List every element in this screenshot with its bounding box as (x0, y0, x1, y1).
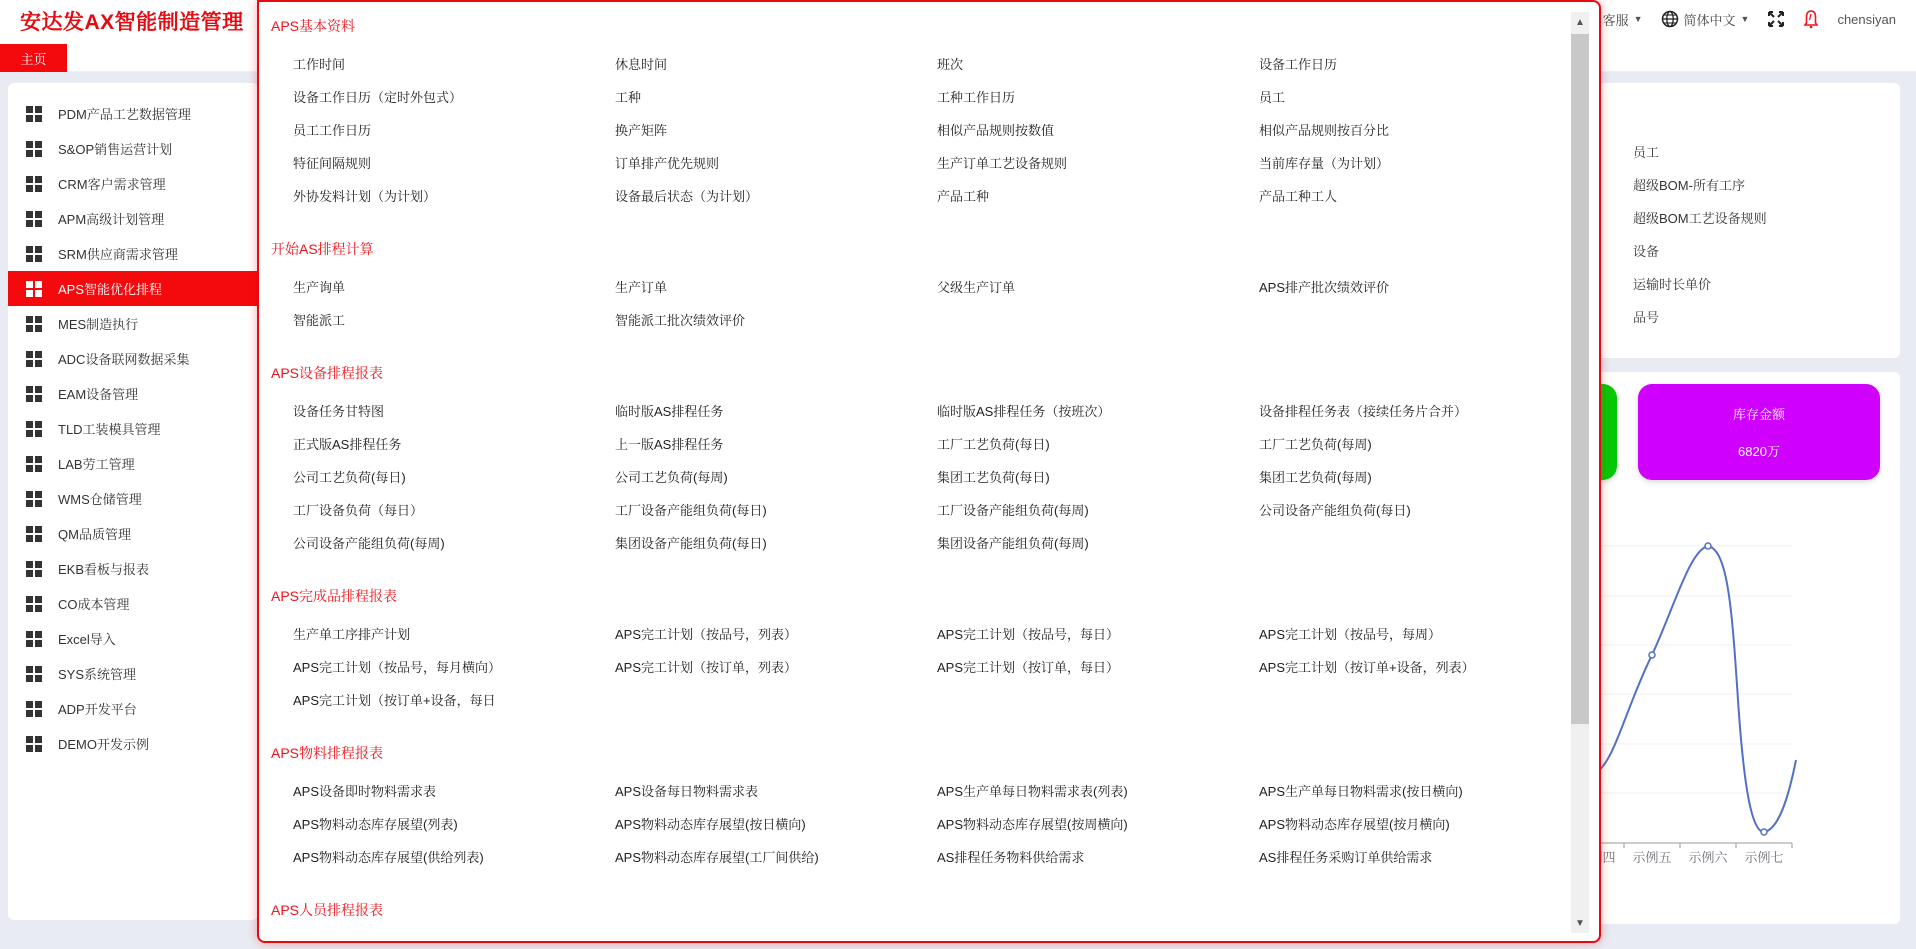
menu-item[interactable]: 工种工作日历 (937, 87, 1015, 106)
x-tick-label: 示例七 (1744, 850, 1783, 865)
menu-item[interactable]: APS生产单每日物料需求(按日横向) (1259, 781, 1463, 800)
menu-item[interactable]: 员工工作日历 (293, 120, 371, 139)
menu-section-title: APS完成品排程报表 (271, 586, 397, 606)
menu-item[interactable]: APS物料动态库存展望(列表) (293, 814, 458, 833)
grid-icon (26, 246, 42, 262)
grid-icon (26, 421, 42, 437)
menu-item[interactable]: 工厂工艺负荷(每周) (1259, 434, 1372, 453)
aps-mega-menu: APS基本资料工作时间休息时间班次设备工作日历设备工作日历（定时外包式）工种工种… (257, 0, 1601, 943)
sidebar-item-adp[interactable]: ADP开发平台 (8, 691, 258, 726)
menu-item[interactable]: 休息时间 (615, 54, 667, 73)
menu-item[interactable]: 生产询单 (293, 277, 345, 296)
stat-label: 库存金额 (1733, 404, 1785, 423)
sidebar-item-ekb[interactable]: EKB看板与报表 (8, 551, 258, 586)
sidebar-item-label: CO成本管理 (58, 594, 130, 613)
menu-item[interactable]: 上一版AS排程任务 (615, 434, 723, 453)
menu-item[interactable]: 正式版AS排程任务 (293, 434, 401, 453)
sidebar-item-qm[interactable]: QM品质管理 (8, 516, 258, 551)
scroll-down-arrow-icon[interactable]: ▼ (1571, 913, 1589, 933)
sidebar-item-apm[interactable]: APM高级计划管理 (8, 201, 258, 236)
grid-icon (26, 281, 42, 297)
menu-item[interactable]: APS物料动态库存展望(按月横向) (1259, 814, 1450, 833)
grid-icon (26, 736, 42, 752)
sidebar-item-label: PDM产品工艺数据管理 (58, 104, 191, 123)
sidebar-item-demo[interactable]: DEMO开发示例 (8, 726, 258, 761)
caret-down-icon: ▼ (1634, 14, 1643, 24)
menu-item[interactable]: 换产矩阵 (615, 120, 667, 139)
menu-item[interactable]: 特征间隔规则 (293, 153, 371, 172)
menu-item[interactable]: 产品工种工人 (1259, 186, 1337, 205)
grid-icon (26, 141, 42, 157)
menu-item[interactable]: 工作时间 (293, 54, 345, 73)
x-tick-label: 示例五 (1632, 850, 1671, 865)
menu-item[interactable]: 集团工艺负荷(每日) (937, 467, 1050, 486)
grid-icon (26, 631, 42, 647)
sidebar-item-label: ADP开发平台 (58, 699, 137, 718)
menu-item[interactable]: 相似产品规则按数值 (937, 120, 1054, 139)
x-tick-label: 示例六 (1688, 850, 1728, 865)
menu-item[interactable]: APS完工计划（按订单，列表） (615, 657, 797, 676)
menu-item[interactable]: APS完工计划（按品号，每周） (1259, 624, 1441, 643)
globe-icon (1661, 10, 1679, 28)
menu-item[interactable]: APS完工计划（按品号，每日） (937, 624, 1119, 643)
sidebar-item-label: CRM客户需求管理 (58, 174, 166, 193)
stat-card-inventory-amount: 库存金额 6820万 (1638, 384, 1880, 480)
grid-icon (26, 596, 42, 612)
menu-item[interactable]: 公司设备产能组负荷(每日) (1259, 500, 1411, 519)
menu-item[interactable]: APS完工计划（按订单+设备，每日 (293, 690, 496, 709)
menu-item[interactable]: APS物料动态库存展望(工厂间供给) (615, 847, 819, 866)
menu-item[interactable]: APS设备即时物料需求表 (293, 781, 436, 800)
menu-item[interactable]: 当前库存量（为计划） (1259, 153, 1389, 172)
grid-icon (26, 106, 42, 122)
menu-item[interactable]: 设备工作日历（定时外包式） (293, 87, 462, 106)
menu-item[interactable]: 智能派工 (293, 310, 345, 329)
menu-item[interactable]: 生产订单 (615, 277, 667, 296)
sidebar-item-excel[interactable]: Excel导入 (8, 621, 258, 656)
menu-item[interactable]: APS物料动态库存展望(供给列表) (293, 847, 484, 866)
quick-link[interactable]: 超级BOM-所有工序 (1633, 175, 1767, 208)
menu-item[interactable]: APS完工计划（按品号，列表） (615, 624, 797, 643)
menu-item[interactable]: 产品工种 (937, 186, 989, 205)
sidebar-item-lab[interactable]: LAB劳工管理 (8, 446, 258, 481)
fullscreen-button[interactable] (1767, 10, 1785, 28)
menu-section-title: APS物料排程报表 (271, 743, 383, 763)
sidebar-item-label: APS智能优化排程 (58, 279, 162, 298)
sidebar-item-crm[interactable]: CRM客户需求管理 (8, 166, 258, 201)
notification-button[interactable] (1803, 9, 1819, 29)
fullscreen-icon (1767, 10, 1785, 28)
menu-item[interactable]: 工厂工种人员负荷(每日) (293, 938, 432, 943)
sidebar-item-aps[interactable]: APS智能优化排程 (8, 271, 258, 306)
menu-item[interactable]: AS排程任务采购订单供给需求 (1259, 847, 1432, 866)
quick-link[interactable]: 超级BOM工艺设备规则 (1633, 208, 1767, 241)
grid-icon (26, 491, 42, 507)
menu-section-title: APS人员排程报表 (271, 900, 383, 920)
sidebar-item-label: SRM供应商需求管理 (58, 244, 178, 263)
menu-item[interactable]: 设备排程任务表（接续任务片合并） (1259, 401, 1467, 420)
grid-icon (26, 386, 42, 402)
menu-item[interactable]: 工种 (615, 87, 641, 106)
sidebar-item-label: APM高级计划管理 (58, 209, 164, 228)
sidebar-item-label: ADC设备联网数据采集 (58, 349, 189, 368)
quick-link[interactable]: 设备 (1633, 241, 1767, 274)
caret-down-icon: ▼ (1741, 14, 1750, 24)
grid-icon (26, 666, 42, 682)
sidebar-item-co[interactable]: CO成本管理 (8, 586, 258, 621)
menu-item[interactable]: 相似产品规则按百分比 (1259, 120, 1389, 139)
menu-item[interactable]: 设备任务甘特图 (293, 401, 384, 420)
sidebar-item-label: EAM设备管理 (58, 384, 138, 403)
user-name[interactable]: chensiyan (1837, 12, 1896, 27)
menu-item[interactable]: 集团设备产能组负荷(每日) (615, 533, 767, 552)
language-dropdown[interactable]: 简体中文 ▼ (1661, 10, 1750, 29)
menu-item[interactable]: 工厂工种人员负荷(每周) (615, 938, 754, 943)
grid-icon (26, 456, 42, 472)
bell-icon (1803, 9, 1819, 29)
menu-item[interactable]: 订单排产优先规则 (615, 153, 719, 172)
menu-item[interactable]: 班次 (937, 54, 963, 73)
sidebar-item-label: EKB看板与报表 (58, 559, 149, 578)
menu-item[interactable]: 临时版AS排程任务 (615, 401, 723, 420)
sidebar-item-eam[interactable]: EAM设备管理 (8, 376, 258, 411)
menu-item[interactable]: 工厂设备负荷（每日） (293, 500, 423, 519)
menu-item[interactable]: 工厂设备产能组负荷(每日) (615, 500, 767, 519)
grid-icon (26, 316, 42, 332)
sidebar-item-srm[interactable]: SRM供应商需求管理 (8, 236, 258, 271)
sidebar-item-sop[interactable]: S&OP销售运营计划 (8, 131, 258, 166)
menu-item[interactable]: 公司工艺负荷(每日) (293, 467, 406, 486)
sidebar-item-label: QM品质管理 (58, 524, 131, 543)
sidebar-item-sys[interactable]: SYS系统管理 (8, 656, 258, 691)
quick-link[interactable]: 品号 (1633, 307, 1767, 340)
sidebar-item-label: SYS系统管理 (58, 664, 136, 683)
tab-home[interactable]: 主页 (0, 44, 67, 72)
menu-item[interactable]: 临时版AS排程任务（按班次） (937, 401, 1110, 420)
sidebar-item-label: MES制造执行 (58, 314, 138, 333)
menu-section-title: APS设备排程报表 (271, 363, 383, 383)
sidebar-item-label: DEMO开发示例 (58, 734, 149, 753)
menu-item[interactable]: APS设备每日物料需求表 (615, 781, 758, 800)
service-label: 客服 (1603, 10, 1629, 29)
grid-icon (26, 561, 42, 577)
sidebar-item-adc[interactable]: ADC设备联网数据采集 (8, 341, 258, 376)
sidebar: PDM产品工艺数据管理 S&OP销售运营计划 CRM客户需求管理 APM高级计划… (8, 83, 258, 920)
menu-item[interactable]: APS完工计划（按订单，每日） (937, 657, 1119, 676)
sidebar-item-label: LAB劳工管理 (58, 454, 135, 473)
menu-item[interactable]: 员工 (1259, 87, 1285, 106)
sidebar-item-wms[interactable]: WMS仓储管理 (8, 481, 258, 516)
sidebar-item-mes[interactable]: MES制造执行 (8, 306, 258, 341)
scrollbar-thumb[interactable] (1571, 34, 1589, 724)
menu-item[interactable]: 公司工艺负荷(每周) (615, 467, 728, 486)
sidebar-item-label: WMS仓储管理 (58, 489, 142, 508)
quick-link[interactable]: 运输时长单价 (1633, 274, 1767, 307)
sidebar-item-label: TLD工装模具管理 (58, 419, 161, 438)
menu-section-title: 开始AS排程计算 (271, 239, 374, 259)
menu-item[interactable]: APS物料动态库存展望(按周横向) (937, 814, 1128, 833)
language-label: 简体中文 (1684, 10, 1736, 29)
service-dropdown[interactable]: 客服 ▼ (1603, 10, 1643, 29)
sidebar-item-label: S&OP销售运营计划 (58, 139, 172, 158)
grid-icon (26, 176, 42, 192)
menu-item[interactable]: 设备工作日历 (1259, 54, 1337, 73)
scroll-up-arrow-icon[interactable]: ▲ (1571, 12, 1589, 32)
menu-item[interactable]: 智能派工批次绩效评价 (615, 310, 745, 329)
menu-item[interactable]: 集团工艺负荷(每周) (1259, 467, 1372, 486)
quick-link[interactable]: 员工 (1633, 142, 1767, 175)
menu-scrollbar[interactable]: ▲ ▼ (1571, 12, 1589, 933)
app-title: 安达发AX智能制造管理 (20, 6, 244, 36)
sidebar-item-pdm[interactable]: PDM产品工艺数据管理 (8, 96, 258, 131)
menu-item[interactable]: 公司设备产能组负荷(每周) (293, 533, 445, 552)
sidebar-item-label: Excel导入 (58, 629, 116, 648)
menu-item[interactable]: 设备最后状态（为计划） (615, 186, 758, 205)
menu-item[interactable]: 公司工种人员负荷(每周) (1259, 938, 1398, 943)
menu-item[interactable]: AS排程任务物料供给需求 (937, 847, 1084, 866)
header-toolbar: 客服 ▼ 简体中文 ▼ chensiyan (1603, 0, 1896, 38)
menu-item[interactable]: APS物料动态库存展望(按日横向) (615, 814, 806, 833)
menu-item[interactable]: APS完工计划（按订单+设备，列表） (1259, 657, 1475, 676)
menu-item[interactable]: 公司工种人员负荷(每日) (937, 938, 1076, 943)
grid-icon (26, 351, 42, 367)
stat-value: 6820万 (1738, 441, 1780, 460)
menu-section-title: APS基本资料 (271, 16, 355, 36)
grid-icon (26, 701, 42, 717)
sidebar-item-tld[interactable]: TLD工装模具管理 (8, 411, 258, 446)
menu-item[interactable]: 外协发料计划（为计划） (293, 186, 436, 205)
grid-icon (26, 526, 42, 542)
menu-item[interactable]: 工厂设备产能组负荷(每周) (937, 500, 1089, 519)
menu-item[interactable]: 集团设备产能组负荷(每周) (937, 533, 1089, 552)
background-quick-list: 员工 超级BOM-所有工序 超级BOM工艺设备规则 设备 运输时长单价 品号 (1633, 142, 1767, 340)
menu-item[interactable]: 生产订单工艺设备规则 (937, 153, 1067, 172)
menu-item[interactable]: APS排产批次绩效评价 (1259, 277, 1389, 296)
grid-icon (26, 211, 42, 227)
menu-item[interactable]: 父级生产订单 (937, 277, 1015, 296)
menu-item[interactable]: APS完工计划（按品号，每月横向） (293, 657, 501, 676)
menu-item[interactable]: APS生产单每日物料需求表(列表) (937, 781, 1128, 800)
menu-item[interactable]: 工厂工艺负荷(每日) (937, 434, 1050, 453)
menu-item[interactable]: 生产单工序排产计划 (293, 624, 410, 643)
